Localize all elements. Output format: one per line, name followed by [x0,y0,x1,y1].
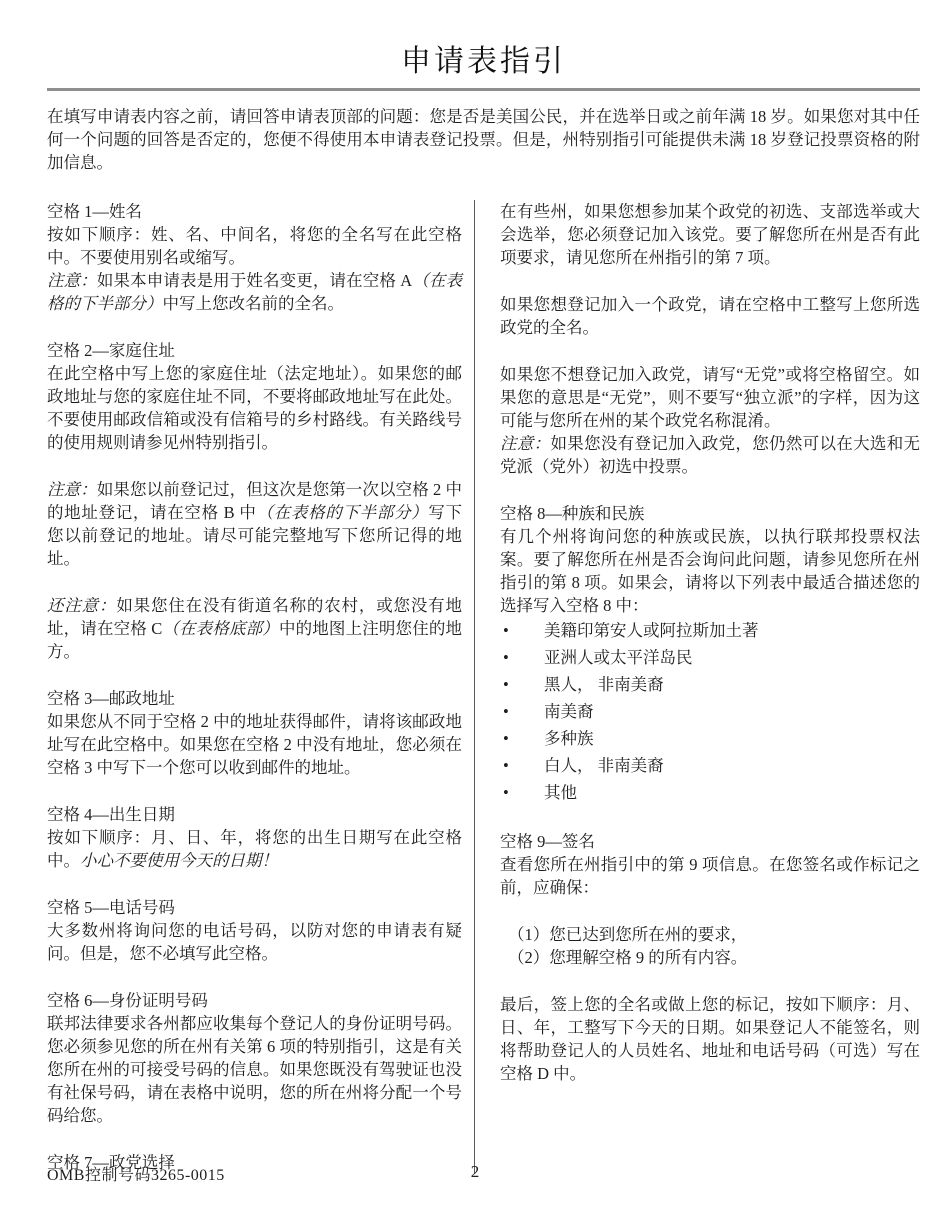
paragraph: 在此空格中写上您的家庭住址（法定地址）。如果您的邮政地址与您的家庭住址不同，不要… [47,362,462,454]
paragraph: 按如下顺序：月、日、年，将您的出生日期写在此空格中。小心不要使用今天的日期！ [47,826,462,872]
bullet-item: •南美裔 [500,698,920,725]
numbered-item: （1）您已达到您所在州的要求， [508,923,920,946]
section-heading: 空格 9—签名 [500,830,920,853]
spacer [500,969,920,993]
paragraph: 查看您所在州指引中的第 9 项信息。在您签名或作标记之前，应确保： [500,853,920,899]
spacer [47,663,462,687]
spacer [500,899,920,923]
section-heading: 空格 5—电话号码 [47,896,462,919]
spacer [47,1127,462,1151]
italic-text: 注意： [47,480,97,499]
bullet-text: 黑人， 非南美裔 [544,671,664,698]
text-run: 查看您所在州指引中的第 9 项信息。在您签名或作标记之前，应确保： [500,855,920,897]
paragraph: 大多数州将询问您的电话号码，以防对您的申请表有疑问。但是，您不必填写此空格。 [47,919,462,965]
bullet-icon: • [500,698,544,725]
italic-text: （在表格底部） [162,619,279,638]
bullet-text: 亚洲人或太平洋岛民 [544,644,693,671]
bullet-list: •美籍印第安人或阿拉斯加土著•亚洲人或太平洋岛民•黑人， 非南美裔•南美裔•多种… [500,617,920,806]
bullet-item: •美籍印第安人或阿拉斯加土著 [500,617,920,644]
spacer [47,454,462,478]
text-run: 按如下顺序：姓、名、中间名，将您的全名写在此空格中。不要使用别名或缩写。 [47,225,462,267]
bullet-item: •亚洲人或太平洋岛民 [500,644,920,671]
paragraph: 最后，签上您的全名或做上您的标记，按如下顺序：月、日、年，工整写下今天的日期。如… [500,993,920,1085]
paragraph: 在有些州，如果您想参加某个政党的初选、支部选举或大会选举，您必须登记加入该党。要… [500,200,920,269]
text-run: 联邦法律要求各州都应收集每个登记人的身份证明号码。您必须参见您的所在州有关第 6… [47,1014,462,1125]
spacer [47,965,462,989]
paragraph: 联邦法律要求各州都应收集每个登记人的身份证明号码。您必须参见您的所在州有关第 6… [47,1012,462,1127]
spacer [47,570,462,594]
paragraph: 如果您想登记加入一个政党，请在空格中工整写上您所选政党的全名。 [500,293,920,339]
left-column: 空格 1—姓名按如下顺序：姓、名、中间名，将您的全名写在此空格中。不要使用别名或… [47,200,474,1174]
title-rule [47,88,920,91]
italic-text: （在表格的下半部分） [257,503,429,522]
section-heading: 空格 8—种族和民族 [500,502,920,525]
numbered-item: （2）您理解空格 9 的所有内容。 [508,946,920,969]
right-column: 在有些州，如果您想参加某个政党的初选、支部选举或大会选举，您必须登记加入该党。要… [475,200,920,1174]
bullet-icon: • [500,779,544,806]
spacer [500,269,920,293]
text-run: 中写上您改名前的全名。 [163,294,345,313]
text-run: 在此空格中写上您的家庭住址（法定地址）。如果您的邮政地址与您的家庭住址不同，不要… [47,364,462,452]
bullet-item: •多种族 [500,725,920,752]
bullet-item: •其他 [500,779,920,806]
bullet-icon: • [500,725,544,752]
page-number: 2 [0,1162,950,1182]
paragraph: 按如下顺序：姓、名、中间名，将您的全名写在此空格中。不要使用别名或缩写。 [47,223,462,269]
spacer [47,872,462,896]
bullet-item: •黑人， 非南美裔 [500,671,920,698]
text-run: 如果您从不同于空格 2 中的地址获得邮件，请将该邮政地址写在此空格中。如果您在空… [47,712,462,777]
text-run: 有几个州将询问您的种族或民族，以执行联邦投票权法案。要了解您所在州是否会询问此问… [500,527,920,615]
text-run: 如果本申请表是用于姓名变更，请在空格 A [97,271,412,290]
italic-text: 小心不要使用今天的日期！ [80,851,278,870]
text-run: 最后，签上您的全名或做上您的标记，按如下顺序：月、日、年，工整写下今天的日期。如… [500,995,920,1083]
paragraph: 有几个州将询问您的种族或民族，以执行联邦投票权法案。要了解您所在州是否会询问此问… [500,525,920,617]
spacer [47,315,462,339]
text-run: 如果您不想登记加入政党，请写“无党”或将空格留空。如果您的意思是“无党”，则不要… [500,365,920,430]
text-run: 大多数州将询问您的电话号码，以防对您的申请表有疑问。但是，您不必填写此空格。 [47,921,462,963]
text-run: 如果您没有登记加入政党，您仍然可以在大选和无党派（党外）初选中投票。 [500,434,920,476]
bullet-item: •白人， 非南美裔 [500,752,920,779]
paragraph: 如果您从不同于空格 2 中的地址获得邮件，请将该邮政地址写在此空格中。如果您在空… [47,710,462,779]
paragraph: 注意：如果本申请表是用于姓名变更，请在空格 A（在表格的下半部分）中写上您改名前… [47,269,462,315]
spacer [500,806,920,830]
spacer [500,339,920,363]
bullet-icon: • [500,644,544,671]
section-heading: 空格 6—身份证明号码 [47,989,462,1012]
paragraph: 注意：如果您没有登记加入政党，您仍然可以在大选和无党派（党外）初选中投票。 [500,432,920,478]
italic-text: 注意： [47,271,97,290]
text-run: 在有些州，如果您想参加某个政党的初选、支部选举或大会选举，您必须登记加入该党。要… [500,202,920,267]
page-title: 申请表指引 [47,36,920,80]
paragraph: 还注意：如果您住在没有街道名称的农村，或您没有地址，请在空格 C（在表格底部）中… [47,594,462,663]
bullet-text: 白人， 非南美裔 [544,752,664,779]
text-run: 如果您想登记加入一个政党，请在空格中工整写上您所选政党的全名。 [500,295,920,337]
paragraph: 如果您不想登记加入政党，请写“无党”或将空格留空。如果您的意思是“无党”，则不要… [500,363,920,432]
spacer [500,478,920,502]
bullet-icon: • [500,671,544,698]
bullet-icon: • [500,752,544,779]
italic-text: 还注意： [47,596,116,615]
intro-paragraph: 在填写申请表内容之前，请回答申请表顶部的问题：您是否是美国公民，并在选举日或之前… [47,105,920,174]
paragraph: 注意：如果您以前登记过，但这次是您第一次以空格 2 中的地址登记，请在空格 B … [47,478,462,570]
numbered-list: （1）您已达到您所在州的要求，（2）您理解空格 9 的所有内容。 [500,923,920,969]
section-heading: 空格 1—姓名 [47,200,462,223]
section-heading: 空格 2—家庭住址 [47,339,462,362]
document-page: 申请表指引 在填写申请表内容之前，请回答申请表顶部的问题：您是否是美国公民，并在… [0,0,950,1230]
bullet-icon: • [500,617,544,644]
section-heading: 空格 4—出生日期 [47,803,462,826]
page-footer: OMB控制号码3265-0015 2 [0,1162,950,1192]
spacer [47,779,462,803]
section-heading: 空格 3—邮政地址 [47,687,462,710]
bullet-text: 美籍印第安人或阿拉斯加土著 [544,617,759,644]
two-column-layout: 空格 1—姓名按如下顺序：姓、名、中间名，将您的全名写在此空格中。不要使用别名或… [47,200,920,1174]
bullet-text: 其他 [544,779,577,806]
italic-text: 注意： [500,434,550,453]
bullet-text: 多种族 [544,725,594,752]
bullet-text: 南美裔 [544,698,594,725]
